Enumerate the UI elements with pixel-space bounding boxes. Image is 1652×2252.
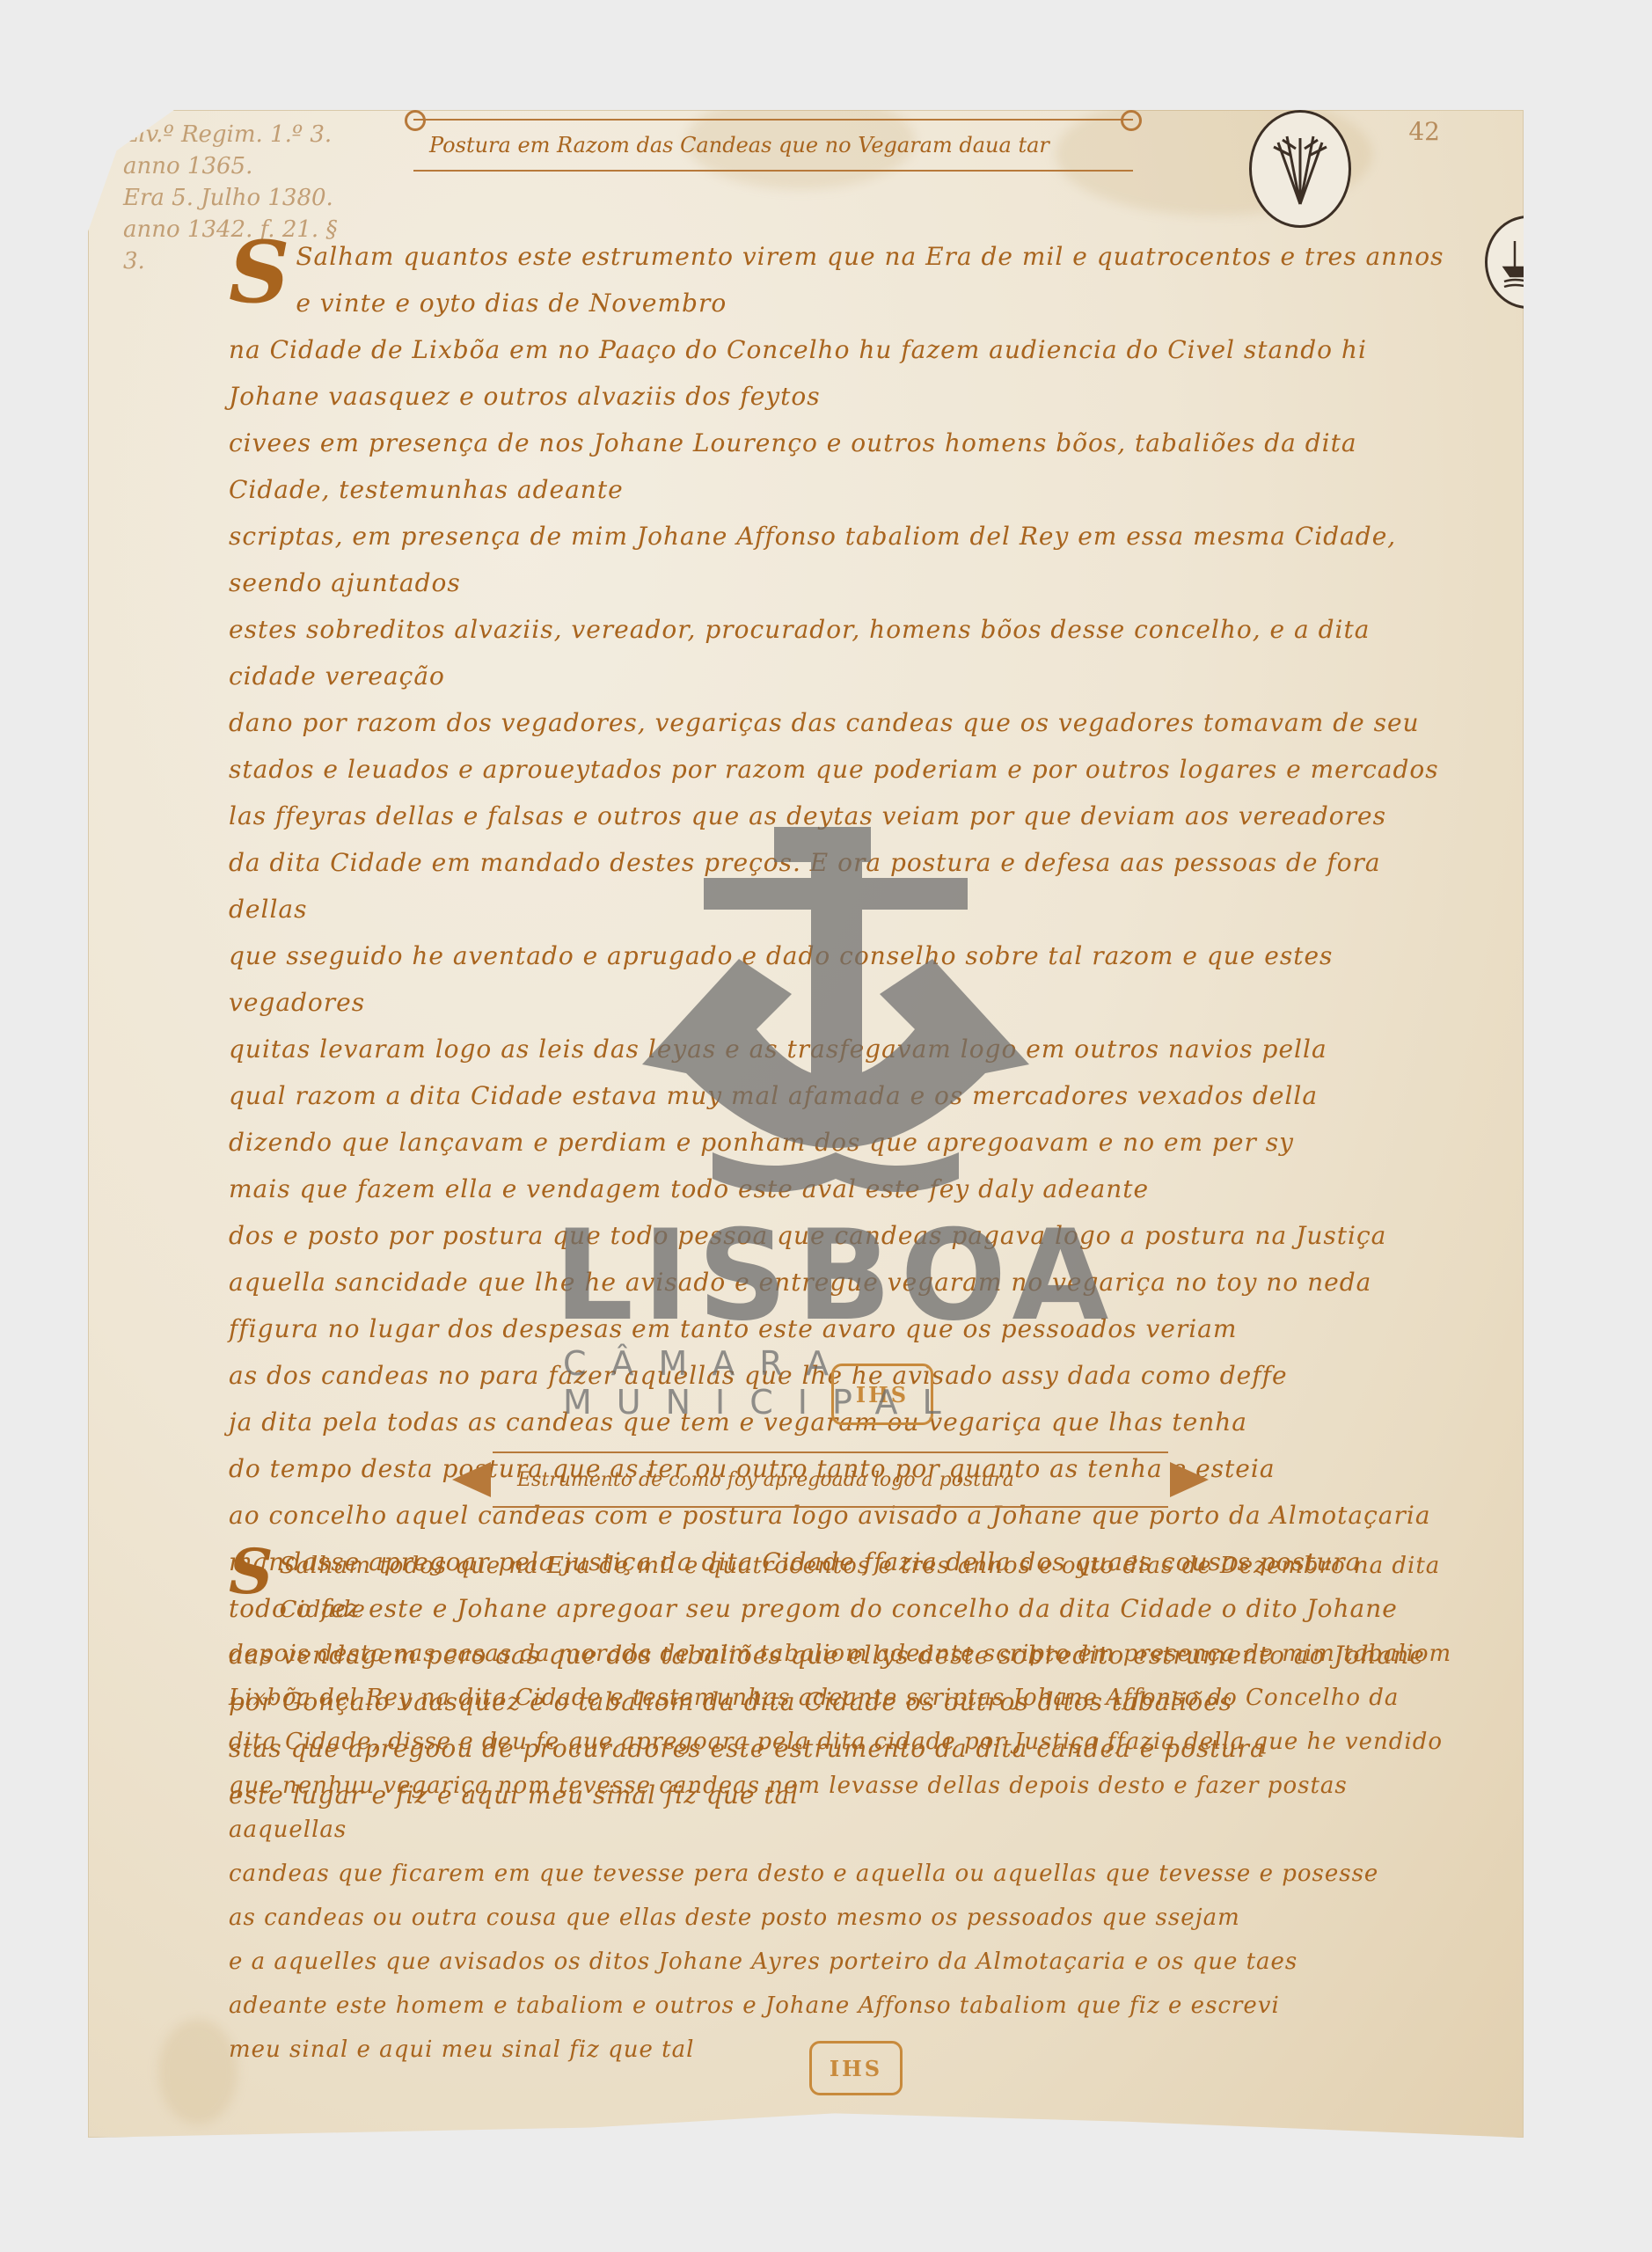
notary-sign-mark: IHS (809, 2041, 903, 2095)
notary-sign-label: IHS (830, 2056, 882, 2081)
manuscript-page: Liv.º Regim. 1.º 3. anno 1365. Era 5. Ju… (88, 110, 1524, 2138)
notary-sign-mark: IHS (831, 1364, 933, 1425)
caravel-icon (1497, 229, 1559, 296)
manuscript-line: depois desto nas casas da morada de mim … (229, 1632, 1460, 1676)
manuscript-line: mais que fazem ella e vendagem todo este… (229, 1166, 1460, 1212)
title-rubric: Postura em Razom das Candeas que no Vega… (413, 119, 1133, 172)
manuscript-line: dizendo que lançavam e perdiam e ponham … (229, 1119, 1460, 1166)
manuscript-line: aquella sancidade que lhe he avisado e e… (229, 1259, 1460, 1305)
wheat-sheaf-icon (1265, 129, 1335, 208)
manuscript-line: as candeas ou outra cousa que ellas dest… (229, 1896, 1460, 1940)
water-stain (158, 2019, 238, 2124)
manuscript-line: que nenhuu vegariça nom tevesse candeas … (229, 1764, 1460, 1852)
archival-note: Era 5. Julho 1380. (123, 182, 352, 214)
section-rubric: Estrumento de como foy apregoada logo a … (493, 1451, 1168, 1508)
manuscript-line: na Cidade de Lixbõa em no Paaço do Conce… (229, 326, 1460, 420)
manuscript-line: qual razom a dita Cidade estava muy mal … (229, 1072, 1460, 1119)
archival-note: anno 1365. (123, 150, 352, 182)
manuscript-line: dita Cidade, disse e deu fe que apregoar… (229, 1720, 1460, 1764)
ship-stamp-icon (1485, 216, 1571, 309)
manuscript-line: ffigura no lugar dos despesas em tanto e… (229, 1305, 1460, 1352)
manuscript-line: stados e leuados e aproueytados por razo… (229, 746, 1460, 793)
decorated-initial: S (229, 233, 290, 312)
manuscript-line: dano por razom dos vegadores, vegariças … (229, 699, 1460, 746)
notary-sign-label: IHS (856, 1382, 909, 1407)
manuscript-line: candeas que ficarem em que tevesse pera … (229, 1852, 1460, 1896)
manuscript-line: quitas levaram logo as leis das leyas e … (229, 1026, 1460, 1072)
manuscript-line: estes sobreditos alvaziis, vereador, pro… (229, 606, 1460, 699)
manuscript-line: da dita Cidade em mandado destes preços.… (229, 839, 1460, 932)
section-rubric-text: Estrumento de como foy apregoada logo a … (517, 1469, 1014, 1491)
title-rubric-text: Postura em Razom das Candeas que no Vega… (429, 133, 1049, 157)
manuscript-line: e a aquelles que avisados os ditos Johan… (229, 1940, 1460, 1984)
manuscript-line: dos e posto por postura que todo pessoa … (229, 1212, 1460, 1259)
archival-note: Liv.º Regim. 1.º 3. (123, 119, 352, 150)
decorated-initial: S (229, 1544, 274, 1600)
wheat-sheaf-stamp-icon (1249, 110, 1351, 228)
manuscript-line: adeante este homem e tabaliom e outros e… (229, 1984, 1460, 2028)
manuscript-line: Salham todos que na Era de mil e quatroc… (229, 1544, 1460, 1632)
manuscript-line: las ffeyras dellas e falsas e outros que… (229, 793, 1460, 839)
manuscript-line: que sseguido he aventado e aprugado e da… (229, 932, 1460, 1026)
manuscript-line: scriptas, em presença de mim Johane Affo… (229, 513, 1460, 606)
folio-number: 42 (1408, 117, 1440, 146)
manuscript-line: civees em presença de nos Johane Lourenç… (229, 420, 1460, 513)
manuscript-line: Lixbõa del Rey na dita Cidade e testemun… (229, 1676, 1460, 1720)
second-text-block: S Salham todos que na Era de mil e quatr… (229, 1544, 1460, 2072)
manuscript-line: Salham quantos este estrumento virem que… (229, 233, 1460, 326)
